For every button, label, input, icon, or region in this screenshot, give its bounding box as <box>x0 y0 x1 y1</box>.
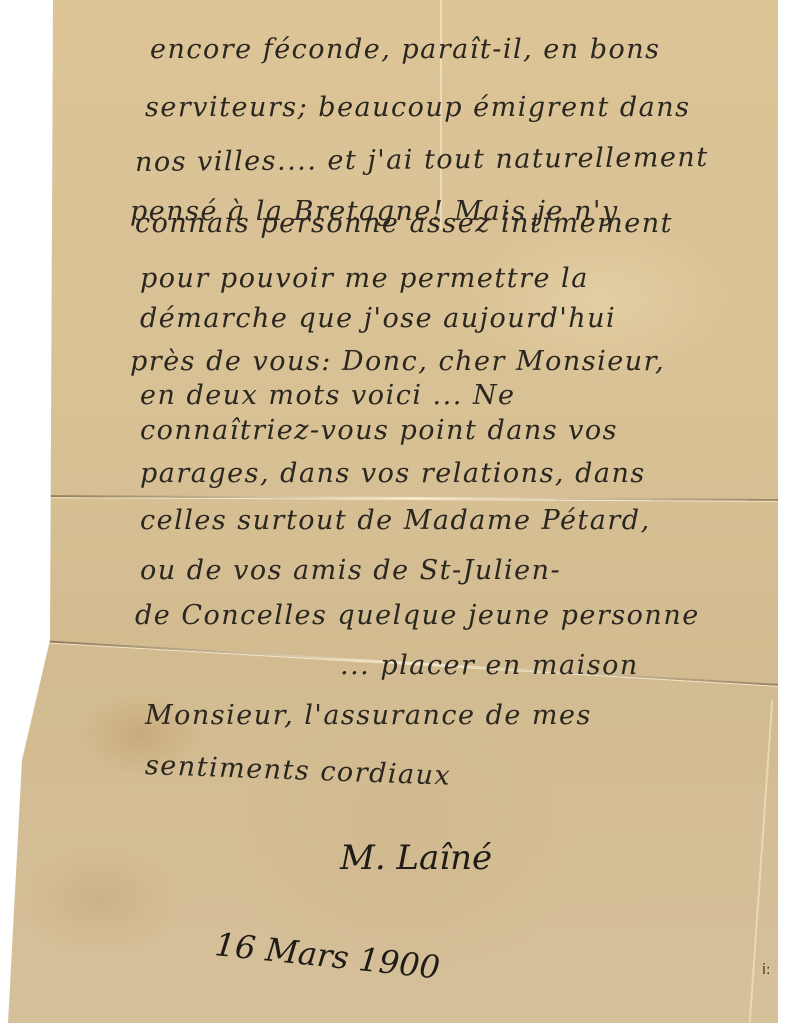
letter-line-6: pour pouvoir me permettre la <box>140 263 589 294</box>
letter-text: encore féconde, paraît-il, en bons servi… <box>0 0 792 1023</box>
signature: M. Laîné <box>340 838 492 878</box>
letter-line-14: de Concelles quelque jeune personne <box>135 600 700 631</box>
letter-line-16: Monsieur, l'assurance de mes <box>145 700 592 731</box>
letter-date: 16 Mars 1900 <box>213 925 442 986</box>
letter-line-10: connaîtriez-vous point dans vos <box>140 415 618 446</box>
margin-mark: i: <box>762 962 771 978</box>
letter-line-2: serviteurs; beaucoup émigrent dans <box>145 92 691 123</box>
letter-line-13: ou de vos amis de St-Julien- <box>140 555 561 586</box>
letter-line-3: nos villes.... et j'ai tout naturellemen… <box>135 142 709 178</box>
letter-line-9: en deux mots voici ... Ne <box>140 380 515 411</box>
letter-line-8: près de vous: Donc, cher Monsieur, <box>130 346 665 377</box>
letter-line-15: ... placer en maison <box>340 650 639 681</box>
letter-line-12: celles surtout de Madame Pétard, <box>140 505 651 536</box>
letter-line-11: parages, dans vos relations, dans <box>140 458 646 489</box>
letter-line-7: démarche que j'ose aujourd'hui <box>140 303 616 334</box>
letter-line-1: encore féconde, paraît-il, en bons <box>150 34 661 65</box>
letter-line-5: connais personne assez intimement <box>135 208 673 239</box>
letter-line-17: sentiments cordiaux <box>144 750 451 792</box>
